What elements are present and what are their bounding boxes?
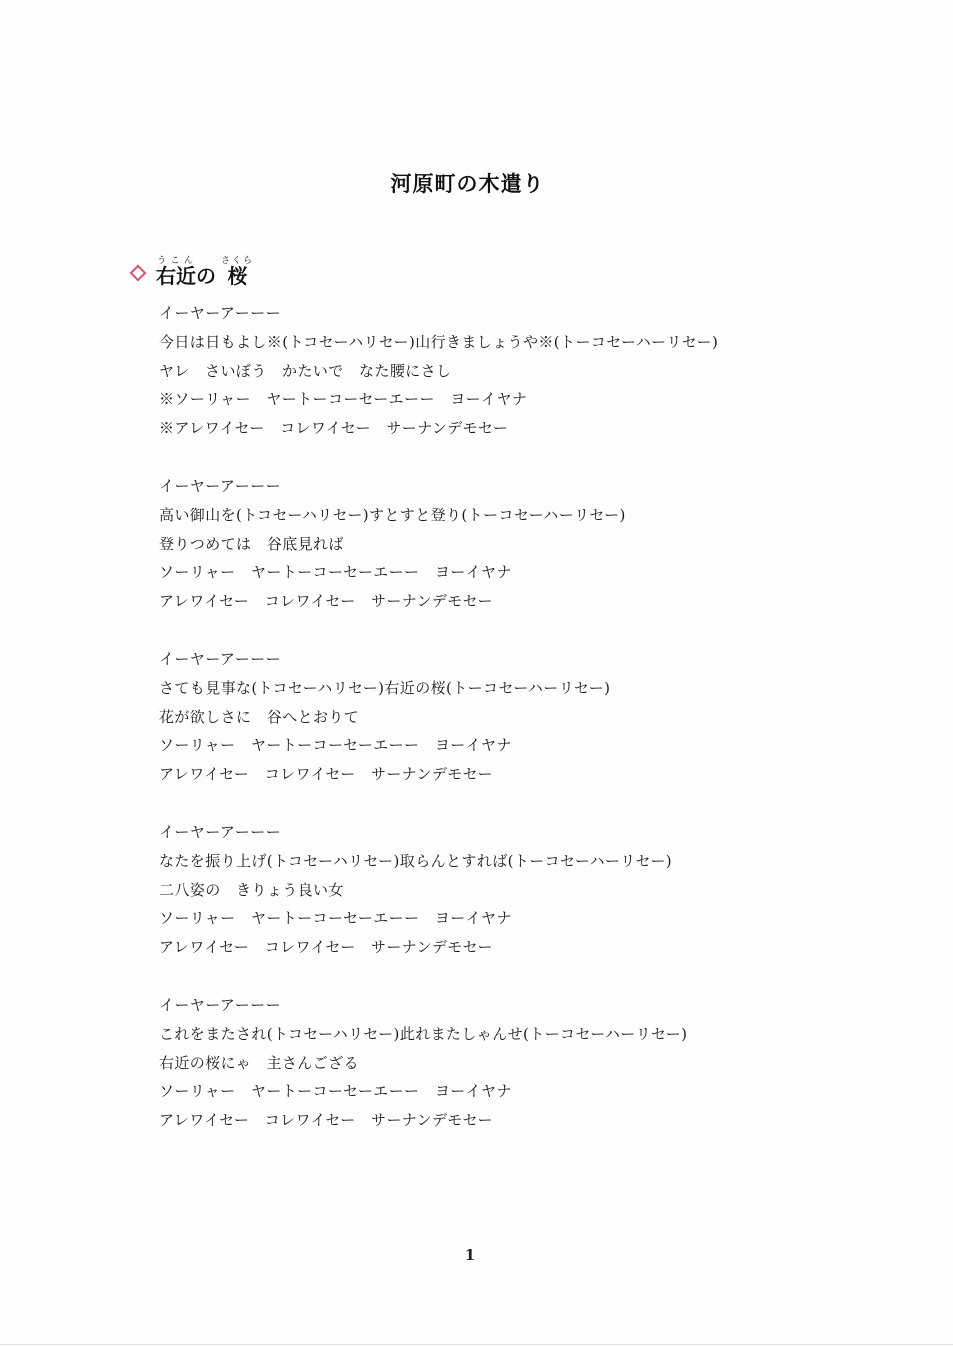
verse-line: 右近の桜にゃ 主さんござる	[159, 1049, 718, 1078]
heading-ukon-ruby: うこん	[156, 256, 196, 266]
verse-line: ※アレワイセー コレワイセー サーナンデモセー	[159, 414, 718, 443]
verse-line: これをまたされ(トコセーハリセー)此れまたしゃんせ(トーコセーハーリセー)	[159, 1020, 718, 1049]
document-page: 河原町の木遣り 右近うこんの桜さくら イーヤーアーーー 今日は日もよし※(トコセ…	[0, 0, 953, 1347]
verse-5: イーヤーアーーー これをまたされ(トコセーハリセー)此れまたしゃんせ(トーコセー…	[159, 991, 718, 1135]
verse-line: アレワイセー コレワイセー サーナンデモセー	[159, 587, 718, 616]
section-heading: 右近うこんの桜さくら	[130, 249, 254, 289]
verse-line: アレワイセー コレワイセー サーナンデモセー	[159, 933, 718, 962]
verse-line: イーヤーアーーー	[159, 991, 718, 1020]
verse-3: イーヤーアーーー さても見事な(トコセーハリセー)右近の桜(トーコセーハーリセー…	[159, 645, 718, 789]
verse-line: イーヤーアーーー	[159, 472, 718, 501]
verse-line: 今日は日もよし※(トコセーハリセー)山行きましょうや※(トーコセーハーリセー)	[159, 328, 718, 357]
document-title: 河原町の木遣り	[0, 168, 935, 198]
verse-line: 花が欲しさに 谷へとおりて	[159, 703, 718, 732]
verse-line: 登りつめては 谷底見れば	[159, 530, 718, 559]
verse-line: ソーリャー ヤートーコーセーエーー ヨーイヤナ	[159, 558, 718, 587]
verse-line: ヤレ さいぼう かたいで なた腰にさし	[159, 357, 718, 386]
verse-line: ※ソーリャー ヤートーコーセーエーー ヨーイヤナ	[159, 385, 718, 414]
verse-line: イーヤーアーーー	[159, 645, 718, 674]
heading-ukon-kanji: 右近	[156, 264, 196, 288]
heading-particle: の	[196, 260, 216, 289]
heading-sakura-kanji: 桜	[221, 264, 254, 288]
heading-sakura-ruby: さくら	[221, 256, 254, 266]
verse-1: イーヤーアーーー 今日は日もよし※(トコセーハリセー)山行きましょうや※(トーコ…	[159, 299, 718, 443]
diamond-bullet-icon	[130, 265, 147, 282]
verse-line: 高い御山を(トコセーハリセー)すとすと登り(トーコセーハーリセー)	[159, 501, 718, 530]
verse-line: ソーリャー ヤートーコーセーエーー ヨーイヤナ	[159, 1077, 718, 1106]
heading-ukon: 右近うこん	[156, 256, 196, 289]
verse-line: アレワイセー コレワイセー サーナンデモセー	[159, 760, 718, 789]
page-bottom-edge	[0, 1344, 953, 1345]
verse-line: イーヤーアーーー	[159, 818, 718, 847]
verse-line: 二八姿の きりょう良い女	[159, 876, 718, 905]
verse-line: アレワイセー コレワイセー サーナンデモセー	[159, 1106, 718, 1135]
heading-sakura: 桜さくら	[221, 256, 254, 289]
verse-2: イーヤーアーーー 高い御山を(トコセーハリセー)すとすと登り(トーコセーハーリセ…	[159, 472, 718, 616]
page-number: 1	[0, 1246, 940, 1264]
verse-line: ソーリャー ヤートーコーセーエーー ヨーイヤナ	[159, 904, 718, 933]
lyrics-body: イーヤーアーーー 今日は日もよし※(トコセーハリセー)山行きましょうや※(トーコ…	[159, 299, 718, 1164]
section-heading-text: 右近うこんの桜さくら	[156, 256, 254, 289]
verse-line: ソーリャー ヤートーコーセーエーー ヨーイヤナ	[159, 731, 718, 760]
verse-line: さても見事な(トコセーハリセー)右近の桜(トーコセーハーリセー)	[159, 674, 718, 703]
verse-line: イーヤーアーーー	[159, 299, 718, 328]
verse-line: なたを振り上げ(トコセーハリセー)取らんとすれば(トーコセーハーリセー)	[159, 847, 718, 876]
verse-4: イーヤーアーーー なたを振り上げ(トコセーハリセー)取らんとすれば(トーコセーハ…	[159, 818, 718, 962]
